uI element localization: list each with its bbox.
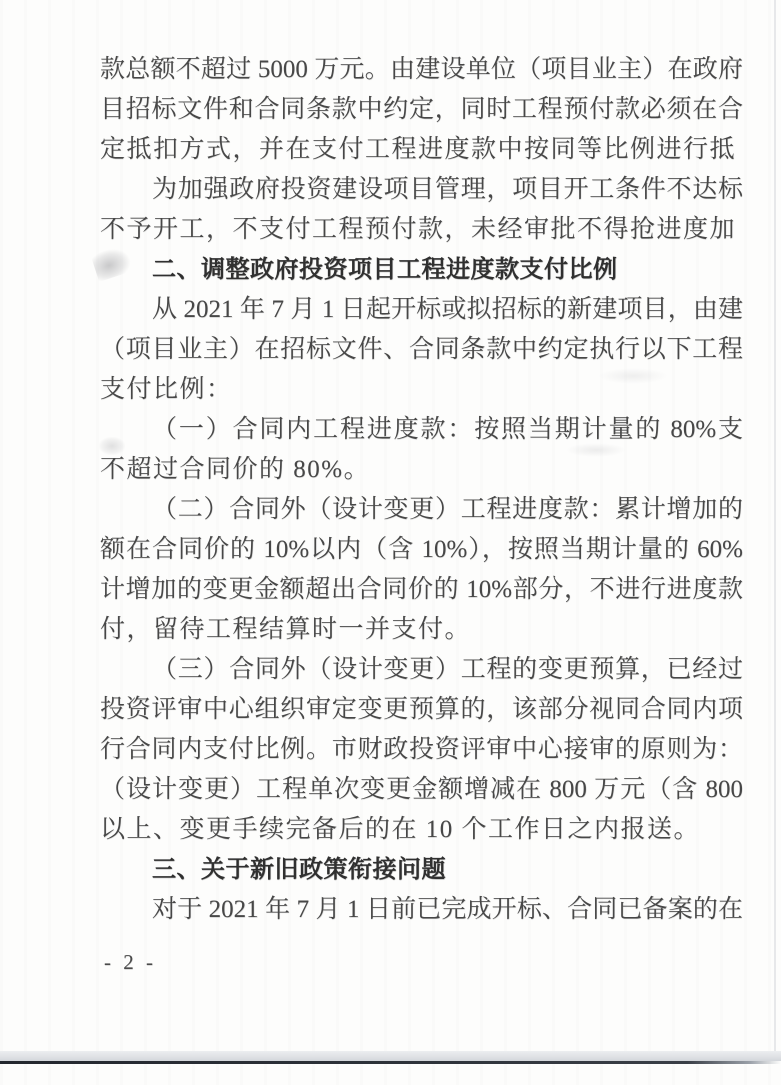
scan-smudge bbox=[99, 437, 125, 455]
body-line: 定抵扣方式，并在支付工程进度款中按同等比例进行抵扣。 bbox=[100, 130, 743, 170]
section-heading-2: 二、调整政府投资项目工程进度款支付比例 bbox=[100, 250, 743, 290]
scanned-document-page: 款总额不超过 5000 万元。由建设单位（项目业主）在政府投资项 目招标文件和合… bbox=[0, 0, 781, 1085]
scan-smudge bbox=[566, 443, 626, 457]
body-line: 为加强政府投资建设项目管理，项目开工条件不达标的原则上 bbox=[100, 170, 743, 210]
body-line: 投资评审中心组织审定变更预算的，该部分视同合同内项目，执 bbox=[100, 690, 743, 730]
section-heading-3: 三、关于新旧政策衔接问题 bbox=[100, 850, 743, 890]
scan-smudge bbox=[598, 368, 668, 384]
body-line: 不予开工，不支付工程预付款，未经审批不得抢进度加快开工。 bbox=[100, 210, 743, 250]
body-line: 付，留待工程结算时一并支付。 bbox=[100, 610, 743, 650]
page-number: - 2 - bbox=[104, 950, 155, 975]
body-line: （二）合同外（设计变更）工程进度款：累计增加的变更金 bbox=[100, 490, 743, 530]
body-line: 不超过合同价的 80%。 bbox=[100, 450, 743, 490]
body-line: 计增加的变更金额超出合同价的 10%部分，不进行进度款计量支 bbox=[100, 570, 743, 610]
body-line: 额在合同价的 10%以内（含 10%），按照当期计量的 60%支付；累 bbox=[100, 530, 743, 570]
body-line: 行合同内支付比例。市财政投资评审中心接审的原则为：合同外 bbox=[100, 730, 743, 770]
body-line: 目招标文件和合同条款中约定，同时工程预付款必须在合同中约 bbox=[100, 90, 743, 130]
body-line: （项目业主）在招标文件、合同条款中约定执行以下工程进度款 bbox=[100, 330, 743, 370]
body-line: 对于 2021 年 7 月 1 日前已完成开标、合同已备案的在建（续 bbox=[100, 890, 743, 930]
page-bottom-edge-line bbox=[0, 1061, 781, 1064]
body-line: （设计变更）工程单次变更金额增减在 800 万元（含 800 万元） bbox=[100, 770, 743, 810]
body-line: （一）合同内工程进度款：按照当期计量的 80%支付，累计 bbox=[100, 410, 743, 450]
body-line: 以上、变更手续完备后的在 10 个工作日之内报送。 bbox=[100, 810, 743, 850]
body-line: 从 2021 年 7 月 1 日起开标或拟招标的新建项目，由建设单位 bbox=[100, 290, 743, 330]
page-bottom-edge-shadow bbox=[0, 1051, 781, 1061]
document-text-block: 款总额不超过 5000 万元。由建设单位（项目业主）在政府投资项 目招标文件和合… bbox=[100, 50, 743, 930]
scan-edge-vertical-line bbox=[774, 0, 776, 1051]
body-line: 款总额不超过 5000 万元。由建设单位（项目业主）在政府投资项 bbox=[100, 50, 743, 90]
body-line: （三）合同外（设计变更）工程的变更预算，已经过市财政 bbox=[100, 650, 743, 690]
